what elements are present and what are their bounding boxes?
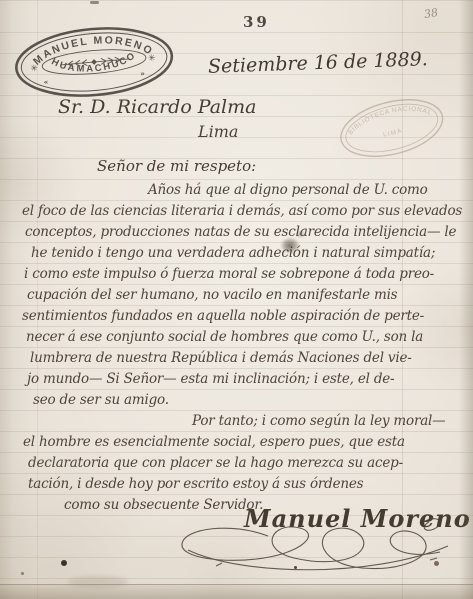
salutation: Señor de mi respeto:	[97, 157, 256, 175]
scanned-letter-page: MANUEL MORENO HUAMACHUCO ✳ ✳ « » BIBLIOT…	[0, 0, 473, 599]
ink-speck	[61, 560, 67, 566]
body-line: Años há que al digno personal de U. como	[148, 182, 428, 198]
ink-speck	[434, 561, 439, 566]
ink-blot-small	[296, 230, 305, 238]
corner-pencil-number: 38	[423, 6, 439, 21]
body-line: el hombre es esencialmente social, esper…	[23, 434, 405, 450]
body-line: como su obsecuente Servidor.	[64, 497, 263, 513]
body-line: sentimientos fundados en aquella noble a…	[22, 308, 424, 324]
body-line: Por tanto; i como según la ley moral—	[192, 413, 445, 429]
body-line: i como este impulso ó fuerza moral se so…	[24, 266, 434, 282]
body-line: conceptos, producciones natas de su escl…	[25, 224, 456, 240]
ink-speck	[294, 566, 297, 569]
sender-stamp: MANUEL MORENO HUAMACHUCO ✳ ✳ « »	[9, 17, 179, 105]
body-line: seo de ser su amigo.	[33, 392, 169, 408]
page-number: 39	[243, 13, 270, 31]
library-stamp: BIBLIOTECA NACIONAL LIMA	[330, 86, 453, 171]
body-line: declaratoria que con placer se la hago m…	[28, 455, 403, 471]
svg-text:«: «	[43, 78, 48, 86]
body-line: cupación del ser humano, no vacilo en ma…	[27, 287, 397, 303]
library-stamp-bottom-text: LIMA	[382, 127, 404, 140]
body-line: necer á ese conjunto social de hombres q…	[26, 329, 423, 345]
recipient-city: Lima	[198, 122, 238, 141]
recipient-line: Sr. D. Ricardo Palma	[58, 96, 256, 118]
body-line: he tenido i tengo una verdadera adheción…	[31, 245, 435, 261]
body-line: lumbrera de nuestra República i demás Na…	[30, 350, 412, 366]
body-line: tación, i desde hoy por escrito estoy á …	[28, 476, 363, 492]
svg-text:✳: ✳	[30, 64, 39, 75]
scan-edge-bottom	[0, 584, 473, 599]
ink-speck	[21, 572, 24, 575]
signature-flourish-icon	[172, 514, 464, 586]
body-line: el foco de las ciencias literaria i demá…	[22, 203, 462, 219]
ink-speck	[90, 1, 99, 4]
ink-blot	[281, 238, 299, 253]
body-line: jo mundo— Si Señor— esta mi inclinación;…	[27, 371, 394, 387]
paper-smudge	[68, 576, 128, 588]
date-line: Setiembre 16 de 1889.	[208, 48, 428, 78]
svg-text:✳: ✳	[148, 54, 157, 65]
svg-text:»: »	[140, 70, 145, 78]
